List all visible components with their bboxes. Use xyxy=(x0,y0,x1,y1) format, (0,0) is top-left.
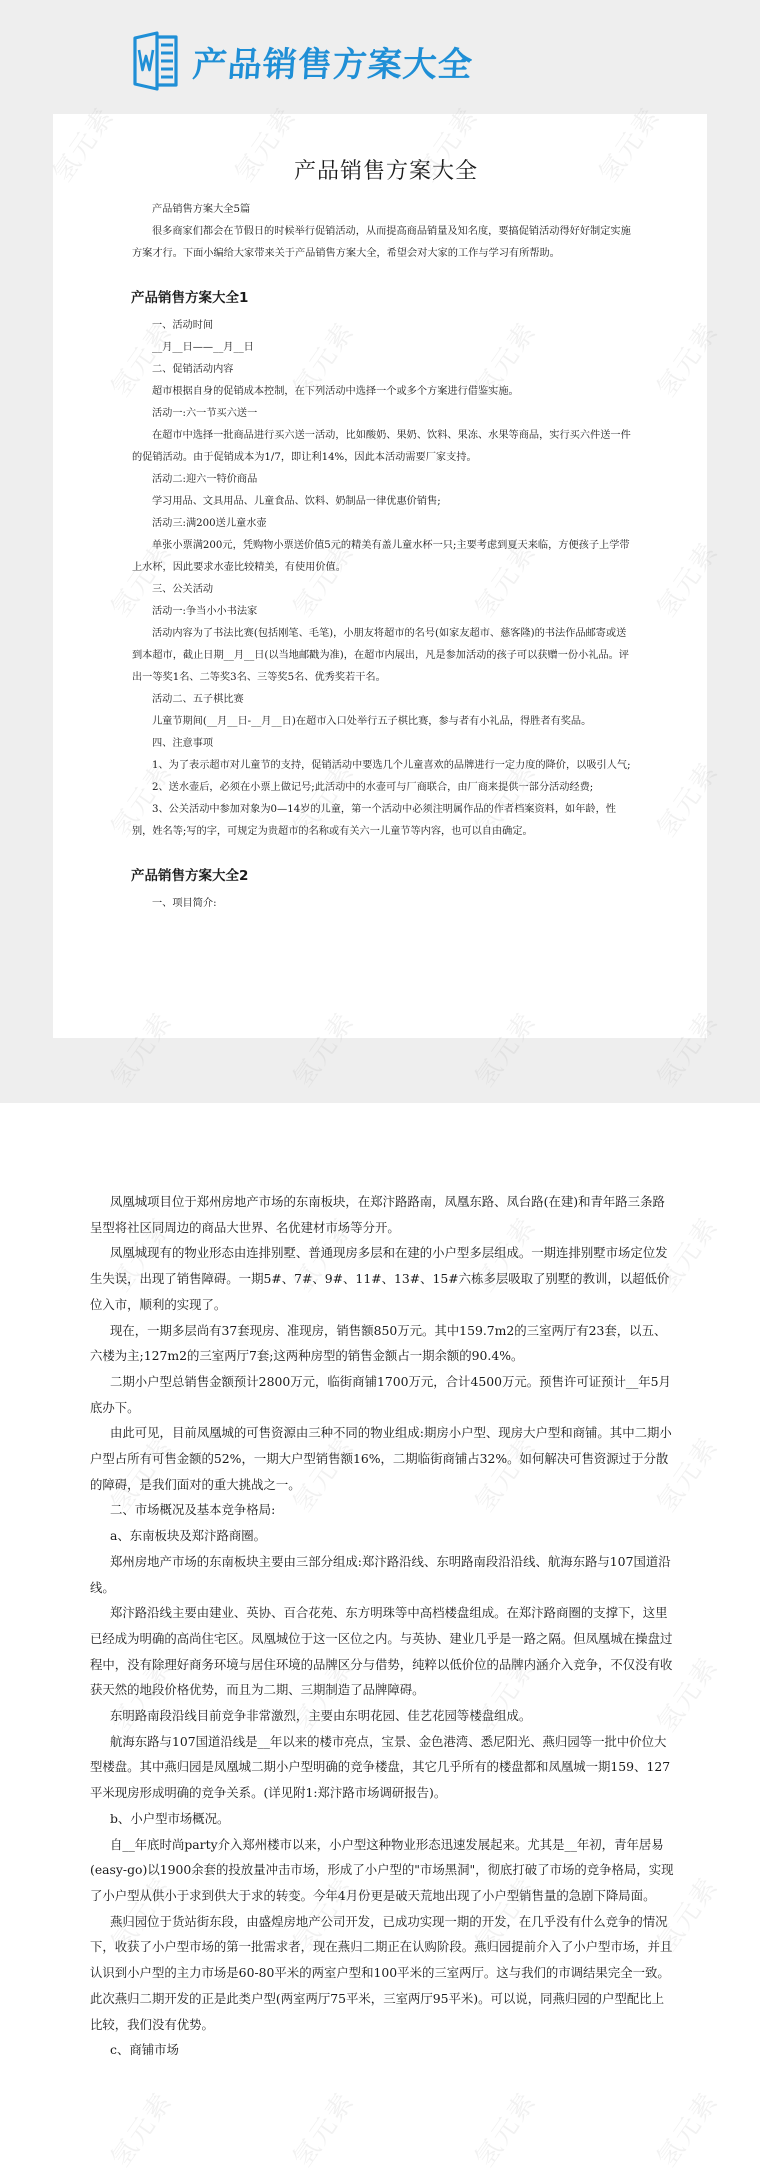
document-title: 产品销售方案大全 xyxy=(136,154,636,185)
paragraph: 燕归园位于货站街东段，由盛煌房地产公司开发，已成功实现一期的开发，在几乎没有什么… xyxy=(90,1909,675,2038)
paragraph: 二期小户型总销售金额预计2800万元，临街商铺1700万元，合计4500万元。预… xyxy=(90,1369,675,1420)
paragraph: 四、注意事项 xyxy=(132,733,632,755)
paragraph: 一、项目简介: xyxy=(132,893,632,915)
paragraph: 二、市场概况及基本竞争格局: xyxy=(90,1497,675,1523)
paragraph: 儿童节期间(__月__日-__月__日)在超市入口处举行五子棋比赛，参与者有小礼… xyxy=(132,711,632,733)
page-2-content: 凤凰城项目位于郑州房地产市场的东南板块，在郑汴路路南，凤凰东路、凤台路(在建)和… xyxy=(90,1189,675,2063)
paragraph: 活动三:满200送儿童水壶 xyxy=(132,513,632,535)
paragraph: 现在，一期多层尚有37套现房、准现房，销售额850万元。其中159.7m2的三室… xyxy=(90,1318,675,1369)
document-subtitle: 产品销售方案大全5篇 xyxy=(132,199,632,221)
document-page-1: 产品销售方案大全 产品销售方案大全5篇 很多商家们都会在节假日的时候举行促销活动… xyxy=(53,114,707,1038)
header-banner: 产品销售方案大全 xyxy=(133,30,473,92)
paragraph: 二、促销活动内容 xyxy=(132,359,632,381)
paragraph: 由此可见，目前凤凰城的可售资源由三种不同的物业组成:期房小户型、现房大户型和商铺… xyxy=(90,1420,675,1497)
header-title: 产品销售方案大全 xyxy=(191,37,474,86)
paragraph: 航海东路与107国道沿线是__年以来的楼市亮点，宝景、金色港湾、悉尼阳光、燕归园… xyxy=(90,1729,675,1806)
document-page-2: 凤凰城项目位于郑州房地产市场的东南板块，在郑汴路路南，凤凰东路、凤台路(在建)和… xyxy=(0,1103,760,2178)
paragraph: 2、送水壶后，必须在小票上做记号;此活动中的水壶可与厂商联合，由厂商来提供一部分… xyxy=(132,777,632,799)
paragraph: 超市根据自身的促销成本控制，在下列活动中选择一个或多个方案进行借鉴实施。 xyxy=(132,381,632,403)
paragraph: 一、活动时间 xyxy=(132,315,632,337)
intro-paragraph: 很多商家们都会在节假日的时候举行促销活动，从而提高商品销量及知名度，要搞促销活动… xyxy=(132,221,632,265)
paragraph: 3、公关活动中参加对象为0—14岁的儿童，第一个活动中必须注明属作品的作者档案资… xyxy=(132,799,632,843)
paragraph: 1、为了表示超市对儿童节的支持，促销活动中要选几个儿童喜欢的品牌进行一定力度的降… xyxy=(132,755,632,777)
paragraph: 凤凰城项目位于郑州房地产市场的东南板块，在郑汴路路南，凤凰东路、凤台路(在建)和… xyxy=(90,1189,675,1240)
paragraph: 活动一:争当小小书法家 xyxy=(132,601,632,623)
paragraph: 在超市中选择一批商品进行买六送一活动，比如酸奶、果奶、饮料、果冻、水果等商品，实… xyxy=(132,425,632,469)
paragraph: 活动一:六一节买六送一 xyxy=(132,403,632,425)
paragraph: 三、公关活动 xyxy=(132,579,632,601)
paragraph: 活动内容为了书法比赛(包括刚笔、毛笔)，小朋友将超市的名号(如家友超市、慈客隆)… xyxy=(132,623,632,689)
paragraph: 东明路南段沿线目前竞争非常激烈，主要由东明花园、佳艺花园等楼盘组成。 xyxy=(90,1703,675,1729)
section-2-heading: 产品销售方案大全2 xyxy=(131,865,632,887)
paragraph: a、东南板块及郑汴路商圈。 xyxy=(90,1523,675,1549)
paragraph: 凤凰城现有的物业形态由连排别墅、普通现房多层和在建的小户型多层组成。一期连排别墅… xyxy=(90,1240,675,1317)
page-1-content: 产品销售方案大全 产品销售方案大全5篇 很多商家们都会在节假日的时候举行促销活动… xyxy=(132,154,632,915)
paragraph: 活动二、五子棋比赛 xyxy=(132,689,632,711)
word-document-icon xyxy=(133,30,179,92)
paragraph: c、商铺市场 xyxy=(90,2037,675,2063)
paragraph: __月__日——__月__日 xyxy=(132,337,632,359)
section-1-heading: 产品销售方案大全1 xyxy=(131,287,632,309)
paragraph: 单张小票满200元，凭购物小票送价值5元的精美有盖儿童水杯一只;主要考虑到夏天来… xyxy=(132,535,632,579)
paragraph: 郑州房地产市场的东南板块主要由三部分组成:郑汴路沿线、东明路南段沿沿线、航海东路… xyxy=(90,1549,675,1600)
paragraph: 学习用品、文具用品、儿童食品、饮料、奶制品一律优惠价销售; xyxy=(132,491,632,513)
paragraph: 自__年底时尚party介入郑州楼市以来，小户型这种物业形态迅速发展起来。尤其是… xyxy=(90,1832,675,1909)
paragraph: 活动二:迎六一特价商品 xyxy=(132,469,632,491)
paragraph: b、小户型市场概况。 xyxy=(90,1806,675,1832)
paragraph: 郑汴路沿线主要由建业、英协、百合花苑、东方明珠等中高档楼盘组成。在郑汴路商圈的支… xyxy=(90,1600,675,1703)
